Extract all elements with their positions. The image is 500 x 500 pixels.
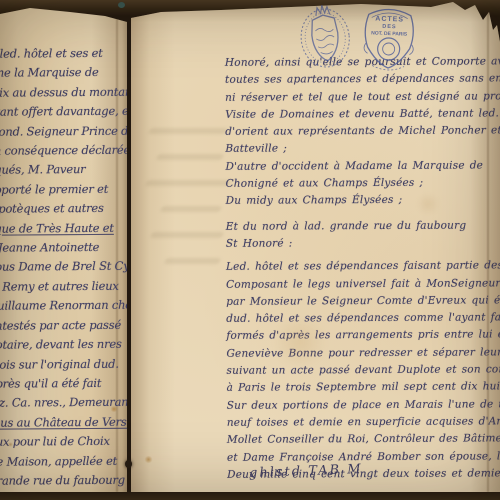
ink-bleedthrough bbox=[160, 206, 222, 212]
handwritten-line: grande rue du faubourg — bbox=[0, 470, 127, 491]
handwritten-line: hipotèques et autres bbox=[0, 199, 127, 220]
handwritten-line: ni réserver et tel que le tout est désig… bbox=[225, 88, 500, 107]
handwritten-line: ame la Marquise de bbox=[0, 63, 127, 84]
handwritten-line: ontestés par acte passé bbox=[0, 315, 127, 336]
handwritten-line: nous Dame de Brel St Cyr bbox=[0, 257, 127, 278]
handwritten-line: formés d'après les arrangements pris ent… bbox=[226, 327, 500, 346]
handwritten-line: apporté le premier et bbox=[0, 179, 127, 200]
handwritten-line: Mond. Seigneur Prince de bbox=[0, 121, 127, 142]
handwritten-line: suivant un acte passé devant Duplote et … bbox=[226, 361, 500, 380]
handwritten-line: en conséquence déclarée bbox=[0, 140, 127, 161]
manuscript-photo: w led. hôtel et ses etame la Marquise de… bbox=[0, 0, 500, 500]
right-page-text: Honoré, ainsi qu'elle se poursuit et Com… bbox=[225, 53, 500, 484]
handwritten-line: D'autre d'occident à Madame la Marquise … bbox=[225, 157, 500, 176]
handwritten-line: notaire, devant les nres bbox=[0, 334, 127, 355]
handwritten-line: ayant offert davantage, et bbox=[0, 102, 127, 123]
handwritten-line: Et du nord à lad. grande rue du faubourg bbox=[226, 217, 500, 236]
binding-headband-speck bbox=[118, 2, 125, 8]
handwritten-line: liqués, M. Paveur bbox=[0, 160, 127, 181]
handwritten-line: aque de Très Haute et bbox=[0, 218, 127, 239]
handwritten-line: Composant le legs universel fait à MonSe… bbox=[226, 275, 500, 294]
handwritten-line: tous au Château de Versailles bbox=[0, 412, 127, 433]
ink-bleedthrough bbox=[148, 128, 228, 134]
ink-bleedthrough bbox=[156, 154, 224, 160]
handwritten-line: d'orient aux représentants de Michel Pon… bbox=[225, 122, 500, 141]
handwritten-line: à Paris le trois Septembre mil sept cent… bbox=[227, 379, 500, 398]
handwritten-line: Du midy aux Champs Élysées ; bbox=[226, 192, 500, 211]
handwritten-line: toutes ses apartenances et dépendances s… bbox=[225, 71, 500, 90]
handwritten-line: lez. Ca. nres., Demeurant bbox=[0, 393, 127, 414]
right-page: Honoré, ainsi qu'elle se poursuit et Com… bbox=[131, 0, 500, 492]
handwritten-line: e Jeanne Antoinette bbox=[0, 237, 127, 258]
handwritten-line: après qu'il a été fait bbox=[0, 373, 127, 394]
handwritten-line: w led. hôtel et ses et bbox=[0, 43, 127, 64]
binding-stitch-hole bbox=[125, 460, 132, 468]
handwritten-line: Honoré, ainsi qu'elle se poursuit et Com… bbox=[225, 53, 500, 72]
handwritten-line: Chonigné et aux Champs Élysées ; bbox=[226, 174, 500, 193]
handwritten-line: par Monsieur le Seigneur Comte d'Evreux … bbox=[226, 292, 500, 311]
handwritten-line: Guillaume Renorman chevalier bbox=[0, 296, 127, 317]
handwritten-line: eux pour lui de Choix bbox=[0, 431, 127, 452]
handwritten-line: mois sur l'original dud. bbox=[0, 354, 127, 375]
handwritten-line: Led. hôtel et ses dépendances faisant pa… bbox=[226, 257, 500, 276]
handwritten-line: neuf toises et demie en superficie acqui… bbox=[227, 413, 500, 432]
handwritten-line: et Dame Françoise André Bomber son épous… bbox=[227, 448, 500, 467]
ink-bleedthrough bbox=[164, 258, 221, 264]
handwritten-line: Mollet Conseiller du Roi, Contrôleur des… bbox=[227, 430, 500, 449]
ink-bleedthrough bbox=[145, 180, 231, 186]
left-page-text: w led. hôtel et ses etame la Marquise de… bbox=[0, 43, 127, 491]
handwritten-line: St Honoré : bbox=[226, 234, 500, 253]
handwritten-line: Sur deux portions de place en Marais l'u… bbox=[227, 396, 500, 415]
handwritten-line: in Remy et autres lieux bbox=[0, 276, 127, 297]
handwritten-line: prix au dessus du montant bbox=[0, 82, 127, 103]
handwritten-line: dud. hôtel et ses dépendances comme l'ay… bbox=[226, 309, 500, 328]
ink-bleedthrough bbox=[150, 232, 224, 238]
handwritten-line: de Maison, appellée et bbox=[0, 451, 127, 472]
handwritten-line: Batteville ; bbox=[225, 140, 500, 159]
left-page: w led. hôtel et ses etame la Marquise de… bbox=[0, 8, 127, 492]
handwritten-line: Geneviève Bonne pour redresser et sépare… bbox=[226, 344, 500, 363]
handwritten-line: Visite de Domaines et devenu Batté, tena… bbox=[225, 105, 500, 124]
